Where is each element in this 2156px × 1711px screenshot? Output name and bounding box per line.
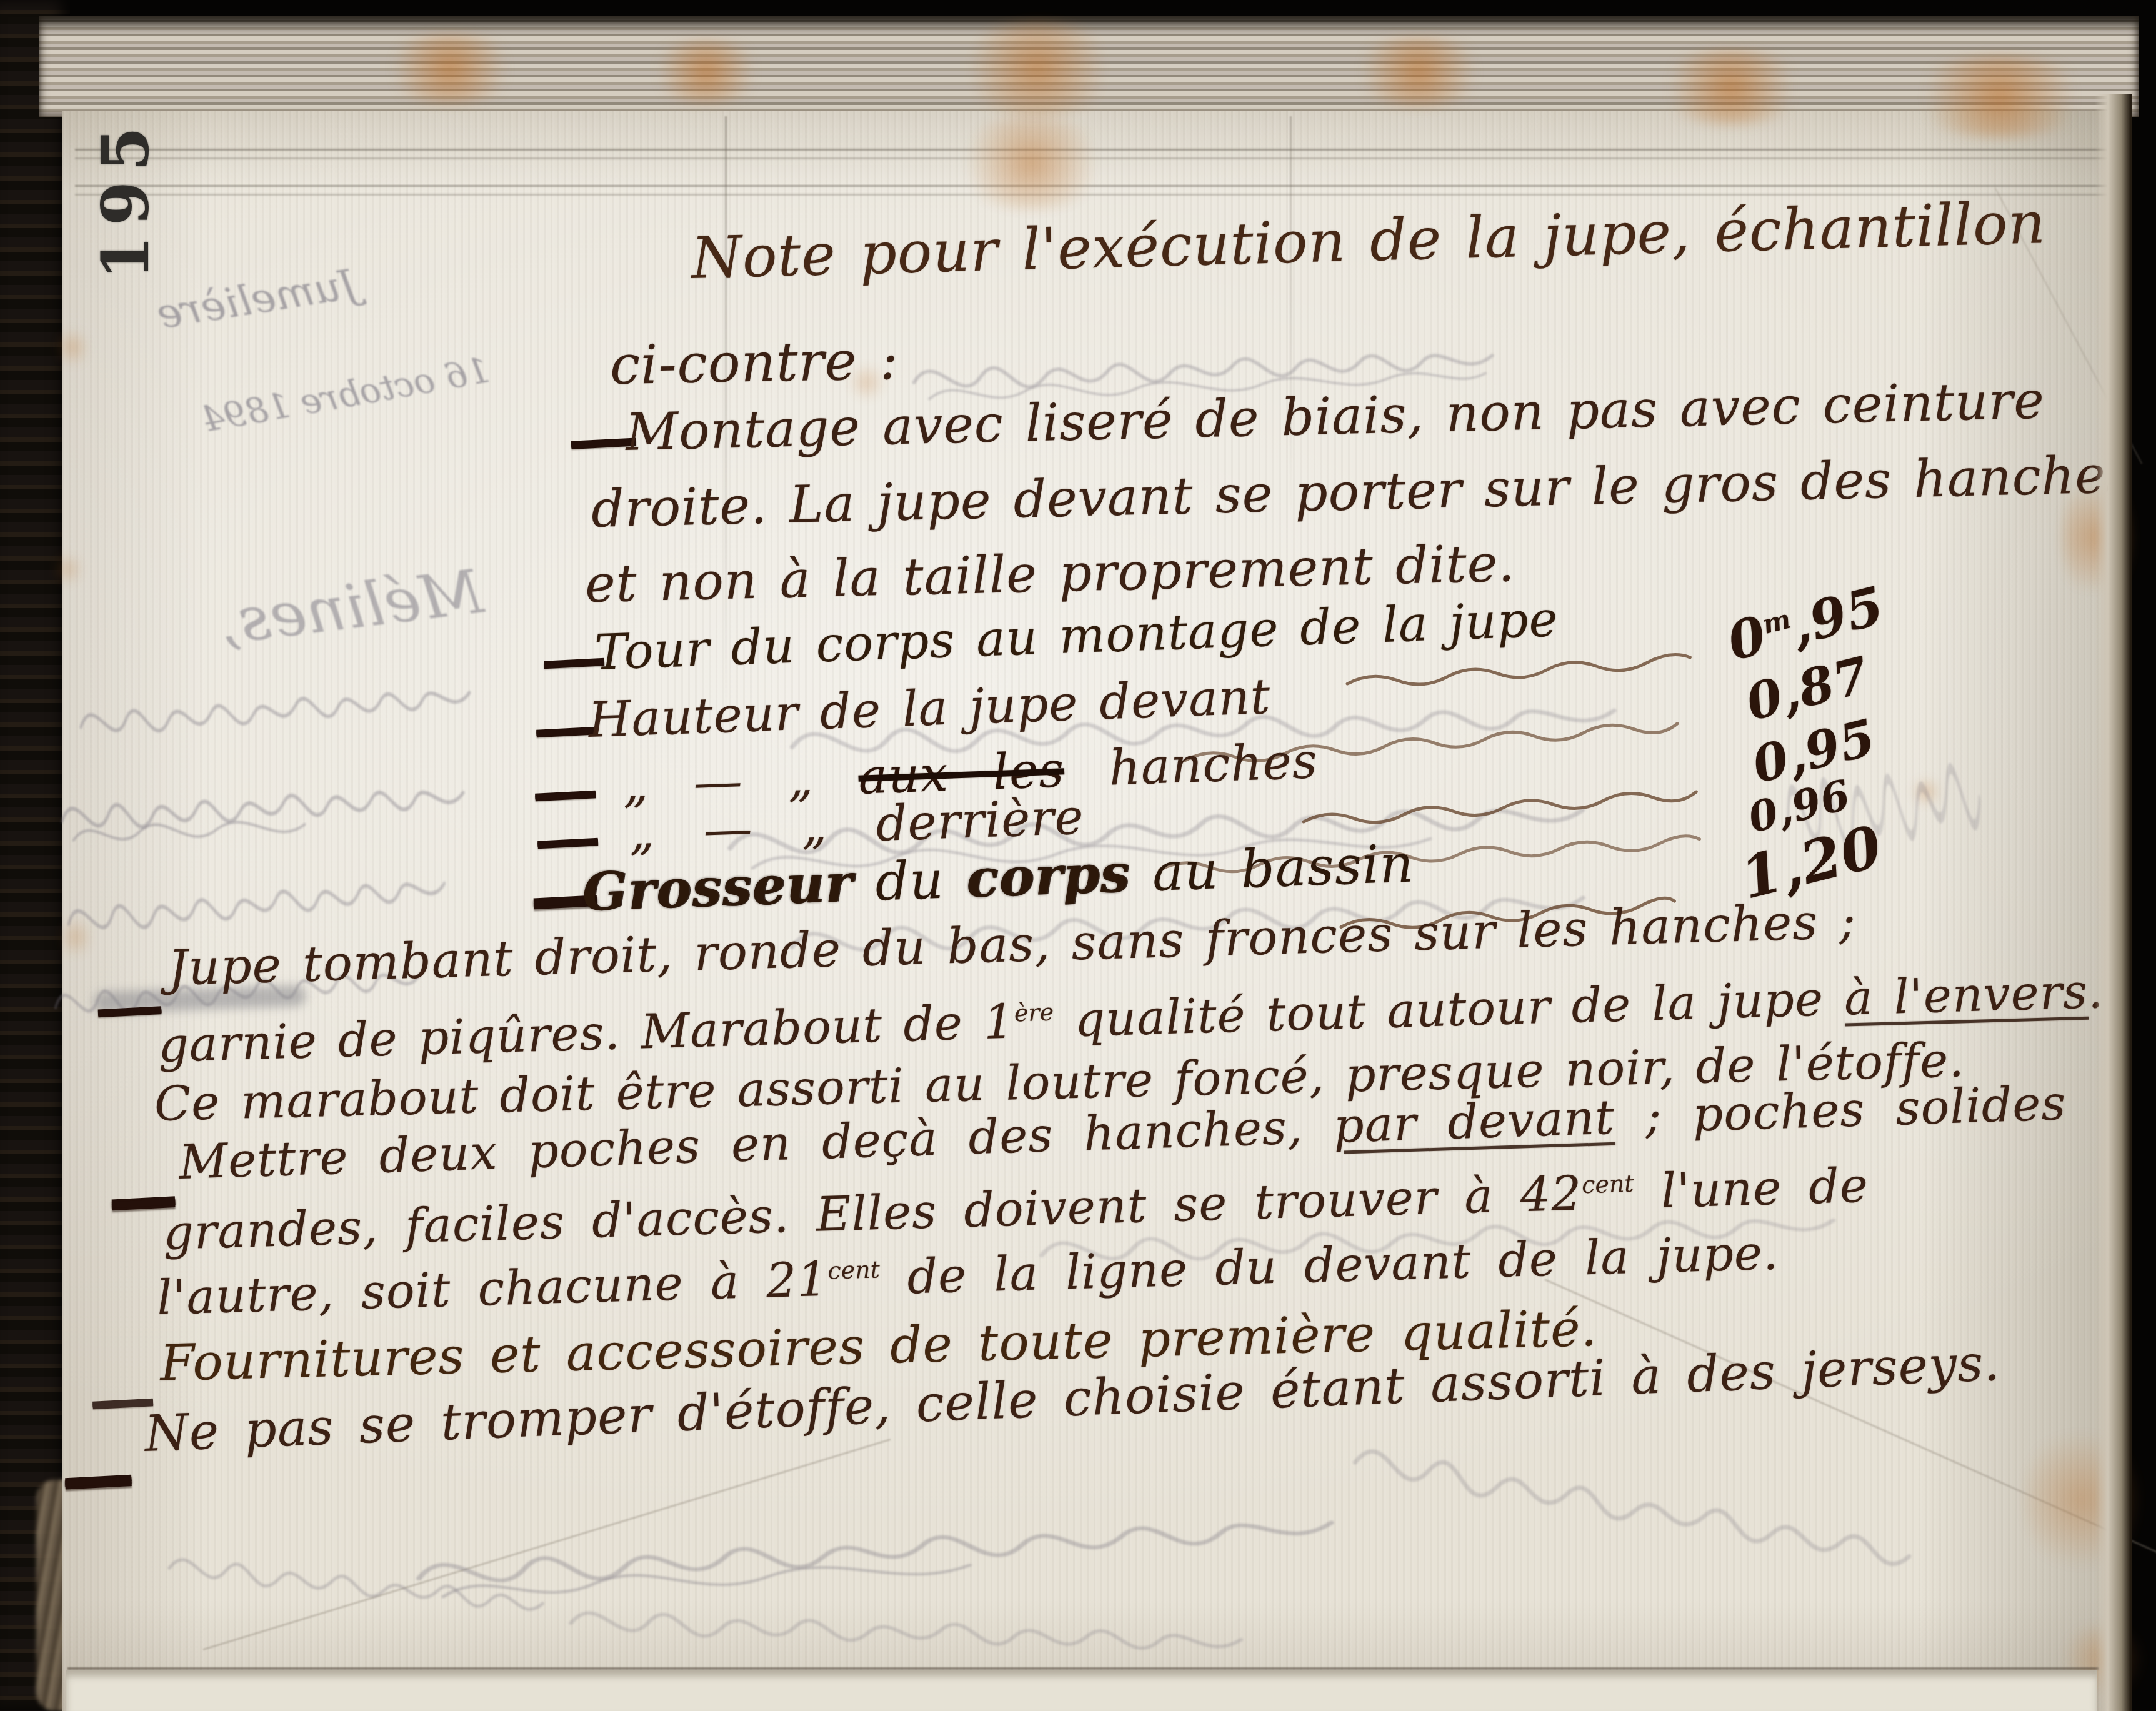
title-line-continuation: ci-contre : xyxy=(609,329,899,397)
crease xyxy=(1290,116,1292,516)
rust-spot xyxy=(56,550,80,589)
rust-stain xyxy=(1900,56,2100,137)
list-dash: — xyxy=(92,974,166,1040)
under-page-edge xyxy=(66,1670,2097,1711)
rust-stain xyxy=(644,41,769,103)
page-fore-edge xyxy=(2095,94,2132,1711)
rust-stain xyxy=(1344,37,1494,106)
page-number-stamp: 195 xyxy=(89,117,164,280)
rust-stain xyxy=(1650,50,1812,125)
list-dash: — xyxy=(59,1443,137,1512)
rust-spot xyxy=(59,325,86,370)
notebook-scan: Jumelière 16 octobre 1894 Mélines, 195 N… xyxy=(0,0,2156,1711)
rust-stain xyxy=(950,116,1112,209)
rust-stain xyxy=(950,22,1125,116)
rust-stain xyxy=(375,34,525,103)
